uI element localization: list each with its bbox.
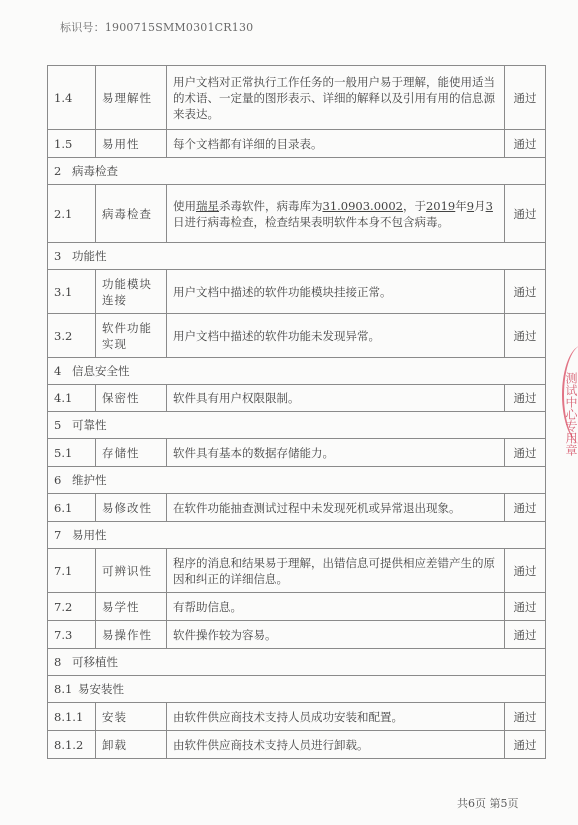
row-result: 通过 <box>505 385 546 412</box>
section-heading: 3功能性 <box>48 243 546 270</box>
subsection-row: 8.1易安装性 <box>48 676 546 703</box>
row-description: 由软件供应商技术支持人员进行卸载。 <box>167 731 505 759</box>
row-item: 功能模块连接 <box>96 270 167 314</box>
row-id: 3.1 <box>48 270 96 314</box>
row-description: 软件具有基本的数据存储能力。 <box>167 439 505 467</box>
table-row: 1.4 易理解性 用户文档对正常执行工作任务的一般用户易于理解，能使用适当的术语… <box>48 66 546 130</box>
test-results-table: 1.4 易理解性 用户文档对正常执行工作任务的一般用户易于理解，能使用适当的术语… <box>47 65 546 759</box>
section-row: 5可靠性 <box>48 412 546 439</box>
table-row: 3.2 软件功能实现 用户文档中描述的软件功能未发现异常。 通过 <box>48 314 546 358</box>
row-result: 通过 <box>505 703 546 731</box>
row-description: 有帮助信息。 <box>167 593 505 621</box>
check-year: 2019 <box>426 199 455 213</box>
check-day: 3 <box>486 199 493 213</box>
document-id: 标识号：1900715SMM0301CR130 <box>60 19 253 35</box>
section-row: 2病毒检查 <box>48 158 546 185</box>
row-description: 每个文档都有详细的目录表。 <box>167 130 505 158</box>
table-row: 8.1.2 卸载 由软件供应商技术支持人员进行卸载。 通过 <box>48 731 546 759</box>
section-heading: 4信息安全性 <box>48 358 546 385</box>
row-item: 安装 <box>96 703 167 731</box>
row-result: 通过 <box>505 593 546 621</box>
row-id: 4.1 <box>48 385 96 412</box>
section-heading: 7易用性 <box>48 522 546 549</box>
page-number: 共6页 第5页 <box>457 795 519 811</box>
row-item: 病毒检查 <box>96 185 167 243</box>
table-row: 2.1 病毒检查 使用瑞星杀毒软件，病毒库为31.0903.0002，于2019… <box>48 185 546 243</box>
section-row: 6维护性 <box>48 467 546 494</box>
row-description: 用户文档中描述的软件功能未发现异常。 <box>167 314 505 358</box>
row-item: 易操作性 <box>96 621 167 649</box>
row-result: 通过 <box>505 494 546 522</box>
row-result: 通过 <box>505 130 546 158</box>
row-result: 通过 <box>505 66 546 130</box>
document-id-value: 1900715SMM0301CR130 <box>105 21 254 34</box>
table-row: 7.1 可辨识性 程序的消息和结果易于理解，出错信息可提供相应差错产生的原因和纠… <box>48 549 546 593</box>
table-row: 8.1.1 安装 由软件供应商技术支持人员成功安装和配置。 通过 <box>48 703 546 731</box>
official-seal-text: 测试中心专用章 <box>563 372 578 456</box>
row-result: 通过 <box>505 314 546 358</box>
row-id: 7.2 <box>48 593 96 621</box>
table-row: 3.1 功能模块连接 用户文档中描述的软件功能模块挂接正常。 通过 <box>48 270 546 314</box>
row-result: 通过 <box>505 621 546 649</box>
row-id: 3.2 <box>48 314 96 358</box>
row-item: 软件功能实现 <box>96 314 167 358</box>
table-row: 7.3 易操作性 软件操作较为容易。 通过 <box>48 621 546 649</box>
section-heading: 5可靠性 <box>48 412 546 439</box>
row-description: 在软件功能抽查测试过程中未发现死机或异常退出现象。 <box>167 494 505 522</box>
row-item: 保密性 <box>96 385 167 412</box>
row-item: 易学性 <box>96 593 167 621</box>
section-row: 8可移植性 <box>48 649 546 676</box>
row-id: 1.5 <box>48 130 96 158</box>
row-item: 易理解性 <box>96 66 167 130</box>
row-description: 使用瑞星杀毒软件，病毒库为31.0903.0002，于2019年9月3日进行病毒… <box>167 185 505 243</box>
row-id: 8.1.1 <box>48 703 96 731</box>
row-id: 8.1.2 <box>48 731 96 759</box>
row-description: 用户文档中描述的软件功能模块挂接正常。 <box>167 270 505 314</box>
row-result: 通过 <box>505 549 546 593</box>
section-heading: 2病毒检查 <box>48 158 546 185</box>
section-heading: 6维护性 <box>48 467 546 494</box>
row-id: 1.4 <box>48 66 96 130</box>
antivirus-name: 瑞星 <box>196 199 219 213</box>
section-row: 3功能性 <box>48 243 546 270</box>
row-description: 用户文档对正常执行工作任务的一般用户易于理解，能使用适当的术语、一定量的图形表示… <box>167 66 505 130</box>
row-item: 卸载 <box>96 731 167 759</box>
row-result: 通过 <box>505 270 546 314</box>
section-heading: 8可移植性 <box>48 649 546 676</box>
row-item: 易用性 <box>96 130 167 158</box>
row-result: 通过 <box>505 439 546 467</box>
subsection-heading: 8.1易安装性 <box>48 676 546 703</box>
table-row: 5.1 存储性 软件具有基本的数据存储能力。 通过 <box>48 439 546 467</box>
row-result: 通过 <box>505 185 546 243</box>
row-id: 6.1 <box>48 494 96 522</box>
table-row: 4.1 保密性 软件具有用户权限限制。 通过 <box>48 385 546 412</box>
row-item: 可辨识性 <box>96 549 167 593</box>
section-row: 7易用性 <box>48 522 546 549</box>
row-id: 2.1 <box>48 185 96 243</box>
row-description: 软件具有用户权限限制。 <box>167 385 505 412</box>
row-id: 5.1 <box>48 439 96 467</box>
row-description: 由软件供应商技术支持人员成功安装和配置。 <box>167 703 505 731</box>
section-row: 4信息安全性 <box>48 358 546 385</box>
row-item: 易修改性 <box>96 494 167 522</box>
table-row: 1.5 易用性 每个文档都有详细的目录表。 通过 <box>48 130 546 158</box>
row-id: 7.1 <box>48 549 96 593</box>
virus-db-version: 31.0903.0002 <box>323 199 403 213</box>
row-item: 存储性 <box>96 439 167 467</box>
check-month: 9 <box>467 199 474 213</box>
table-row: 7.2 易学性 有帮助信息。 通过 <box>48 593 546 621</box>
document-id-label: 标识号： <box>60 21 105 34</box>
row-description: 程序的消息和结果易于理解，出错信息可提供相应差错产生的原因和纠正的详细信息。 <box>167 549 505 593</box>
row-id: 7.3 <box>48 621 96 649</box>
row-result: 通过 <box>505 731 546 759</box>
table-row: 6.1 易修改性 在软件功能抽查测试过程中未发现死机或异常退出现象。 通过 <box>48 494 546 522</box>
row-description: 软件操作较为容易。 <box>167 621 505 649</box>
